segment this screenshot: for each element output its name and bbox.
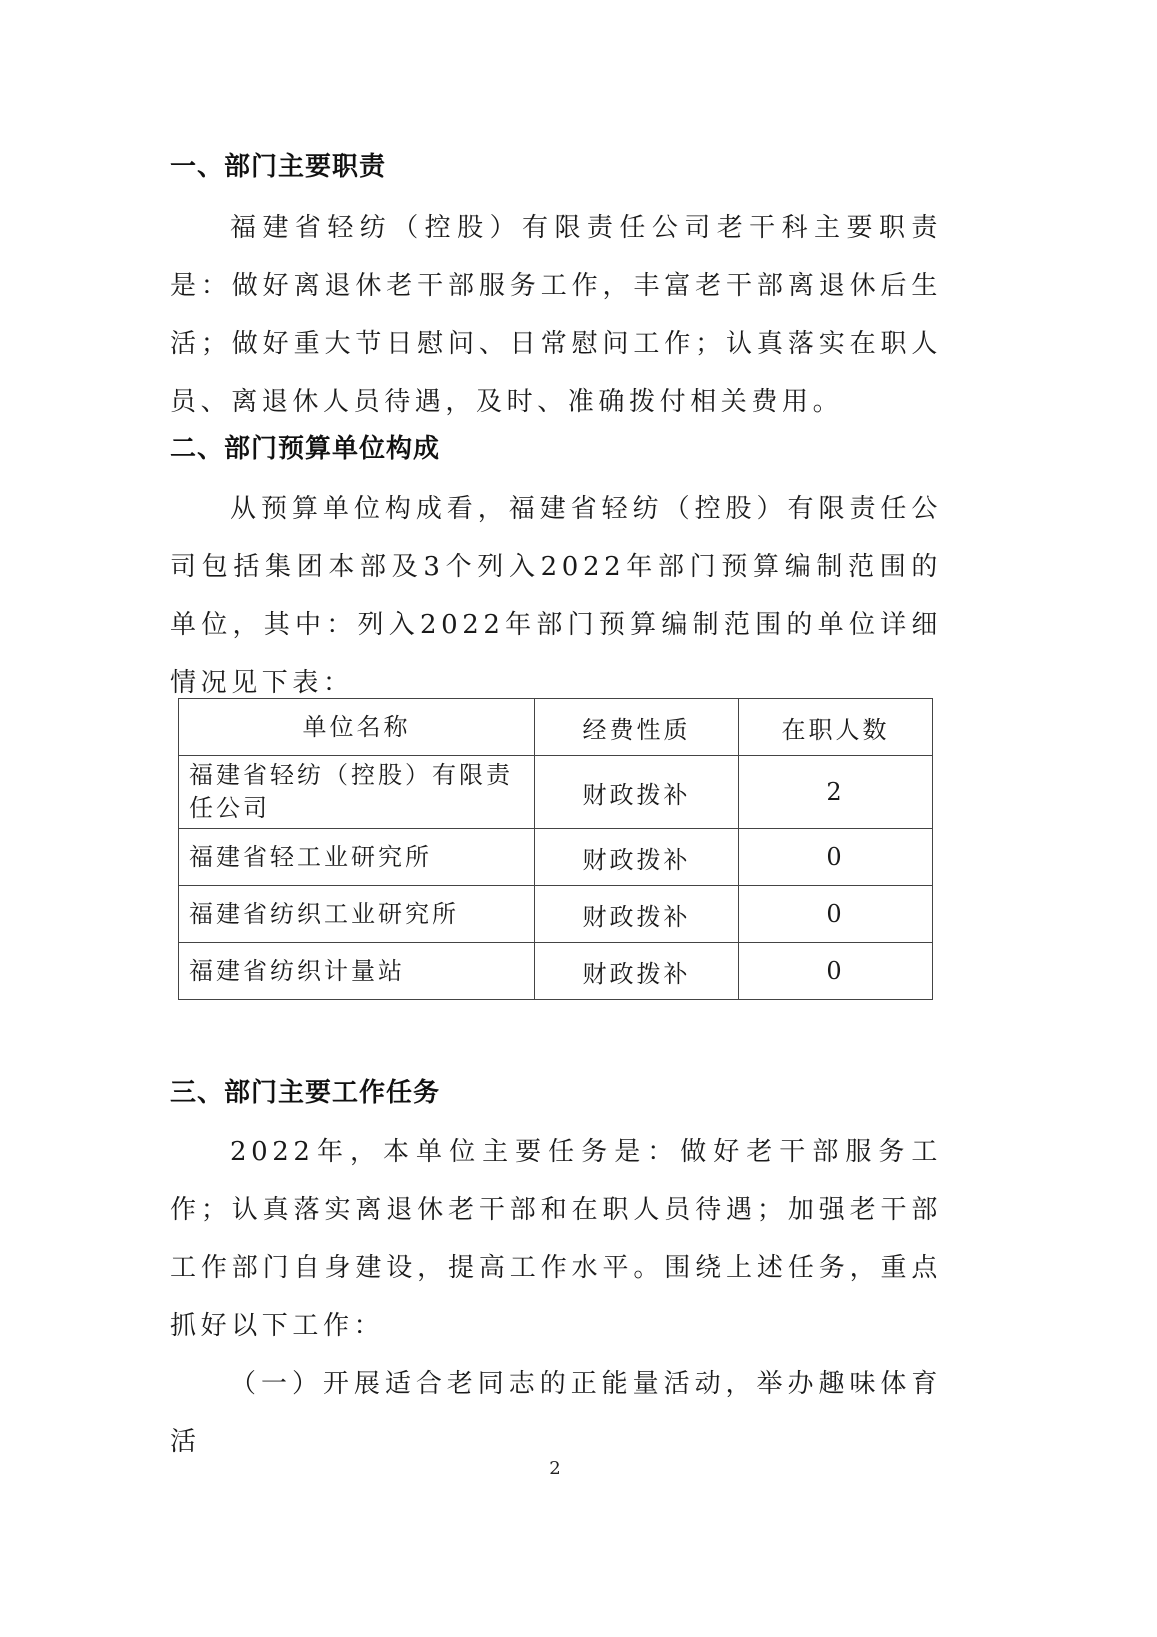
- unit-name-cell: 福建省轻工业研究所: [179, 829, 535, 886]
- unit-name-cell: 福建省轻纺（控股）有限责任公司: [179, 756, 535, 829]
- table-header-row: 单位名称 经费性质 在职人数: [179, 699, 933, 756]
- budget-units-table: 单位名称 经费性质 在职人数 福建省轻纺（控股）有限责任公司 财政拨补 2 福建…: [178, 698, 933, 1000]
- staff-count-cell: 0: [739, 829, 933, 886]
- funding-type-cell: 财政拨补: [535, 886, 739, 943]
- unit-name-cell: 福建省纺织工业研究所: [179, 886, 535, 943]
- header-staff-count: 在职人数: [739, 699, 933, 756]
- funding-type-cell: 财政拨补: [535, 943, 739, 1000]
- section-2-paragraph: 从预算单位构成看，福建省轻纺（控股）有限责任公司包括集团本部及3个列入2022年…: [170, 480, 942, 712]
- header-unit-name: 单位名称: [179, 699, 535, 756]
- table-row: 福建省纺织计量站 财政拨补 0: [179, 943, 933, 1000]
- header-funding-type: 经费性质: [535, 699, 739, 756]
- table-row: 福建省轻纺（控股）有限责任公司 财政拨补 2: [179, 756, 933, 829]
- staff-count-cell: 0: [739, 943, 933, 1000]
- document-page: 一、部门主要职责 福建省轻纺（控股）有限责任公司老干科主要职责是：做好离退休老干…: [0, 0, 1157, 1637]
- section-heading-3: 三、部门主要工作任务: [170, 1072, 440, 1109]
- funding-type-cell: 财政拨补: [535, 756, 739, 829]
- section-1-paragraph: 福建省轻纺（控股）有限责任公司老干科主要职责是：做好离退休老干部服务工作，丰富老…: [170, 199, 942, 431]
- staff-count-cell: 2: [739, 756, 933, 829]
- unit-name-cell: 福建省纺织计量站: [179, 943, 535, 1000]
- section-heading-2: 二、部门预算单位构成: [170, 428, 440, 465]
- table-row: 福建省纺织工业研究所 财政拨补 0: [179, 886, 933, 943]
- table-row: 福建省轻工业研究所 财政拨补 0: [179, 829, 933, 886]
- page-number: 2: [0, 1458, 1110, 1479]
- staff-count-cell: 0: [739, 886, 933, 943]
- section-3-paragraph: 2022年，本单位主要任务是：做好老干部服务工作；认真落实离退休老干部和在职人员…: [170, 1123, 942, 1355]
- funding-type-cell: 财政拨补: [535, 829, 739, 886]
- section-3-item-1: （一）开展适合老同志的正能量活动，举办趣味体育活: [170, 1355, 942, 1471]
- section-heading-1: 一、部门主要职责: [170, 146, 386, 183]
